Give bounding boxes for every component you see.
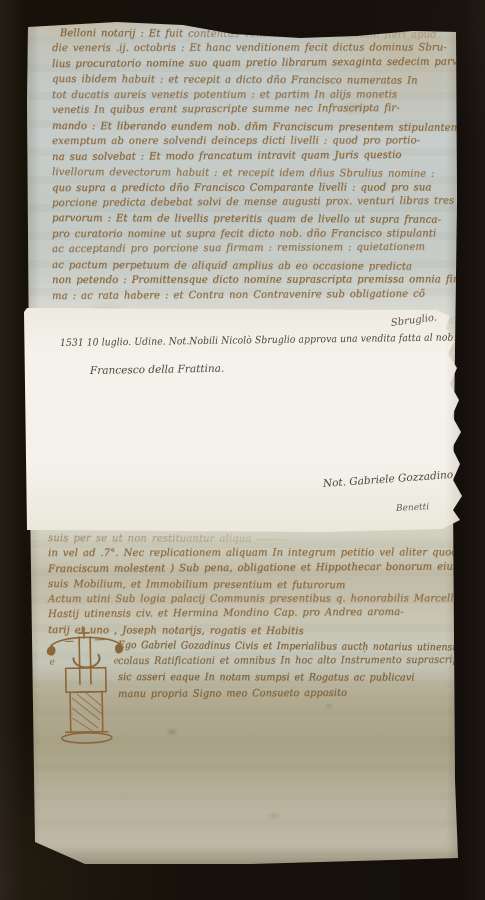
archive-photo-stage: Belloni notarij : Et fuit contentus vend… bbox=[0, 0, 485, 900]
archival-slip: Sbruglio. 1531 10 luglio. Udine. Not.Nob… bbox=[24, 308, 465, 533]
notary-signum-icon: e e bbox=[43, 625, 129, 748]
notary-signature-flourish: Benetti bbox=[396, 502, 430, 514]
manuscript-line: Hastij utinensis civ. et Hermina Mondino… bbox=[48, 605, 440, 623]
notary-attestation-text: Ego Gabriel Gozadinus Civis et Imperiali… bbox=[118, 638, 448, 703]
manuscript-line: ac acceptandi pro porcione sua firmam : … bbox=[52, 240, 443, 258]
manuscript-line: venetis In quibus erant suprascripte sum… bbox=[52, 101, 443, 119]
notary-attestation-line: colaus Ratificationi et omnibus In hoc a… bbox=[118, 653, 425, 670]
manuscript-line: Franciscum molestent ) Sub pena, obligat… bbox=[48, 559, 440, 577]
notary-attestation-line: sic asseri eaque In notam sumpsi et Roga… bbox=[118, 670, 425, 687]
manuscript-line: ma : ac rata habere : et Contra non Cont… bbox=[52, 286, 443, 304]
manuscript-upper-text: Belloni notarij : Et fuit contentus vend… bbox=[52, 26, 455, 304]
manuscript-line: lius procuratorio nomine suo quam pretio… bbox=[52, 55, 443, 73]
manuscript-line: na sua solvebat : Et modo francatum intr… bbox=[52, 147, 443, 165]
manuscript-middle-text: suis per se ut non restituantur aliqua —… bbox=[48, 531, 452, 638]
slip-summary-line-2: Francesco della Frattina. bbox=[90, 363, 225, 377]
notary-attestation-line: manu propria Signo meo Consueto apposito bbox=[118, 685, 432, 703]
svg-text:e: e bbox=[113, 656, 119, 666]
manuscript-line: porcione predicta debebat solvi de mense… bbox=[52, 194, 443, 212]
slip-corner-note: Sbruglio. bbox=[390, 312, 437, 329]
svg-text:e: e bbox=[49, 658, 55, 668]
slip-summary-line-1: 1531 10 luglio. Udine. Not.Nobili Nicolò… bbox=[60, 332, 457, 349]
notary-signature: Not. Gabriele Gozzadino bbox=[322, 469, 453, 490]
